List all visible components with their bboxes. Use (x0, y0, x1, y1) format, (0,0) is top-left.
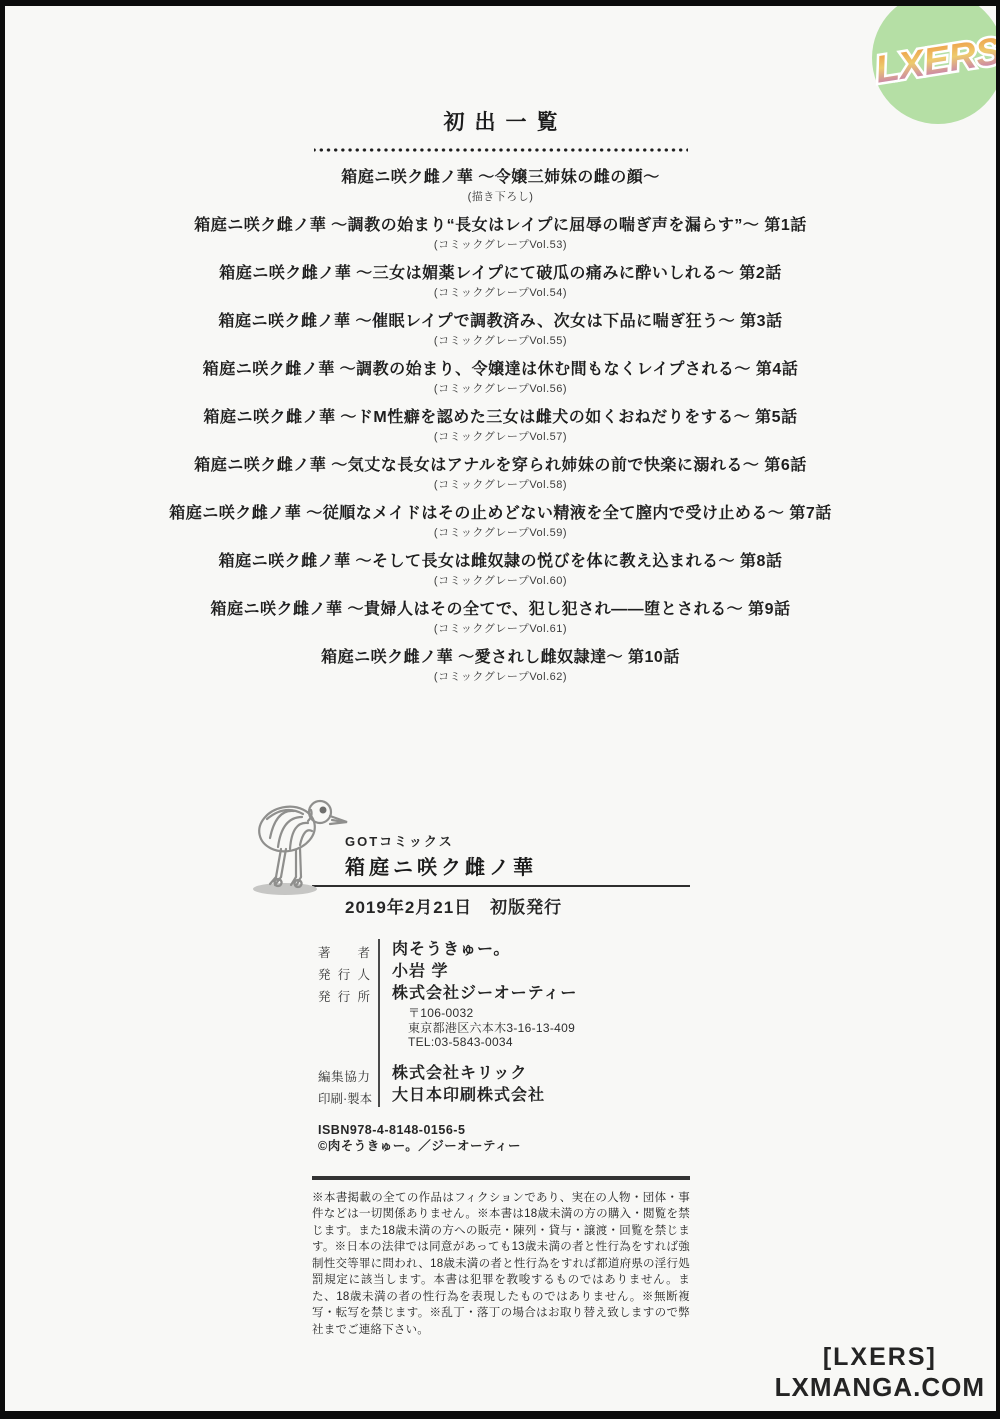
entry-title: 箱庭ニ咲ク雌ノ華 ～ドM性癖を認めた三女は雌犬の如くおねだりをする～ 第5話 (5, 408, 996, 428)
isbn-line: ISBN978-4-8148-0156-5 (318, 1123, 690, 1138)
credit-value: 小岩 学 (392, 961, 690, 983)
credit-label: 発行人 (318, 961, 370, 983)
credits-table: 著者 肉そうきゅー。 発行人 小岩 学 発行所 株式会社ジーオーティー 〒106… (318, 939, 690, 1107)
watermark-line1: [LXERS] (775, 1343, 985, 1372)
site-watermark: [LXERS] LXMANGA.COM (775, 1343, 985, 1403)
credit-label: 編集協力 (318, 1063, 370, 1085)
entry-source: (コミックグレープVol.54) (5, 286, 996, 301)
postal-code: 〒106-0032 (408, 1006, 690, 1021)
entry-source: (コミックグレープVol.58) (5, 478, 996, 493)
publication-entry: 箱庭ニ咲ク雌ノ華 ～三女は媚薬レイプにて破瓜の痛みに酔いしれる～ 第2話 (コミ… (5, 264, 996, 301)
credit-label: 印刷·製本 (318, 1085, 370, 1107)
title-underline (312, 885, 690, 887)
credit-value: 大日本印刷株式会社 (392, 1085, 690, 1107)
publication-entry: 箱庭ニ咲ク雌ノ華 ～愛されし雌奴隷達～ 第10話 (コミックグレープVol.62… (5, 648, 996, 685)
bird-doodle-icon (245, 789, 353, 906)
credit-row-printing: 印刷·製本 大日本印刷株式会社 (318, 1085, 690, 1107)
first-publication-heading: 初出一覧 (5, 106, 996, 136)
scanned-page: LXERS 初出一覧 箱庭ニ咲ク雌ノ華 ～令嬢三姉妹の雌の顔～ (描き下ろし) … (5, 6, 996, 1411)
imprint-label: GOTコミックス (345, 834, 690, 850)
credit-value: 株式会社ジーオーティー (392, 983, 690, 1005)
entry-title: 箱庭ニ咲ク雌ノ華 ～調教の始まり、令嬢達は休む間もなくレイプされる～ 第4話 (5, 360, 996, 380)
copyright-line: ©肉そうきゅー。／ジーオーティー (318, 1139, 690, 1154)
credit-value: 株式会社キリック (392, 1063, 690, 1085)
publication-entry: 箱庭ニ咲ク雌ノ華 ～貴婦人はその全てで、犯し犯され――堕とされる～ 第9話 (コ… (5, 600, 996, 637)
entry-title: 箱庭ニ咲ク雌ノ華 ～催眠レイプで調教済み、次女は下品に喘ぎ狂う～ 第3話 (5, 312, 996, 332)
entry-source: (コミックグレープVol.59) (5, 526, 996, 541)
credit-row-publisher-person: 発行人 小岩 学 (318, 961, 690, 983)
credit-row-author: 著者 肉そうきゅー。 (318, 939, 690, 961)
entry-title: 箱庭ニ咲ク雌ノ華 ～貴婦人はその全てで、犯し犯され――堕とされる～ 第9話 (5, 600, 996, 620)
watermark-line2: LXMANGA.COM (775, 1372, 985, 1403)
publication-entry: 箱庭ニ咲ク雌ノ華 ～調教の始まり“長女はレイプに屈辱の喘ぎ声を漏らす”～ 第1話… (5, 216, 996, 253)
entry-title: 箱庭ニ咲ク雌ノ華 ～そして長女は雌奴隷の悦びを体に教え込まれる～ 第8話 (5, 552, 996, 572)
credit-row-publisher-company: 発行所 株式会社ジーオーティー 〒106-0032 東京都港区六本木3-16-1… (318, 983, 690, 1063)
publication-entry: 箱庭ニ咲ク雌ノ華 ～ドM性癖を認めた三女は雌犬の如くおねだりをする～ 第5話 (… (5, 408, 996, 445)
publisher-address: 〒106-0032 東京都港区六本木3-16-13-409 TEL:03-584… (408, 1006, 690, 1063)
entry-source: (コミックグレープVol.62) (5, 670, 996, 685)
disclaimer-divider (312, 1176, 690, 1180)
publication-entry: 箱庭ニ咲ク雌ノ華 ～気丈な長女はアナルを穿られ姉妹の前で快楽に溺れる～ 第6話 … (5, 456, 996, 493)
publication-entry: 箱庭ニ咲ク雌ノ華 ～従順なメイドはその止めどない精液を全て膣内で受け止める～ 第… (5, 504, 996, 541)
credit-value: 肉そうきゅー。 (392, 939, 690, 961)
edition-date: 2019年2月21日 初版発行 (345, 897, 690, 919)
dotted-divider (314, 148, 688, 152)
credit-row-editing: 編集協力 株式会社キリック (318, 1063, 690, 1085)
entry-source: (コミックグレープVol.56) (5, 382, 996, 397)
book-title: 箱庭ニ咲ク雌ノ華 (345, 856, 690, 880)
first-publication-list: 初出一覧 箱庭ニ咲ク雌ノ華 ～令嬢三姉妹の雌の顔～ (描き下ろし) 箱庭ニ咲ク雌… (5, 6, 996, 685)
entry-title: 箱庭ニ咲ク雌ノ華 ～調教の始まり“長女はレイプに屈辱の喘ぎ声を漏らす”～ 第1話 (5, 216, 996, 236)
entry-source: (コミックグレープVol.60) (5, 574, 996, 589)
entry-source: (コミックグレープVol.57) (5, 430, 996, 445)
entry-source: (コミックグレープVol.61) (5, 622, 996, 637)
entry-title: 箱庭ニ咲ク雌ノ華 ～愛されし雌奴隷達～ 第10話 (5, 648, 996, 668)
entry-title: 箱庭ニ咲ク雌ノ華 ～従順なメイドはその止めどない精液を全て膣内で受け止める～ 第… (5, 504, 996, 524)
disclaimer-text: ※本書掲載の全ての作品はフィクションであり、実在の人物・団体・事件などは一切関係… (312, 1190, 690, 1339)
publication-entry: 箱庭ニ咲ク雌ノ華 ～そして長女は雌奴隷の悦びを体に教え込まれる～ 第8話 (コミ… (5, 552, 996, 589)
entry-title: 箱庭ニ咲ク雌ノ華 ～気丈な長女はアナルを穿られ姉妹の前で快楽に溺れる～ 第6話 (5, 456, 996, 476)
entry-source: (コミックグレープVol.55) (5, 334, 996, 349)
lxers-badge-graphic: LXERS (860, 6, 996, 142)
credit-label: 著者 (318, 939, 370, 961)
colophon: GOTコミックス 箱庭ニ咲ク雌ノ華 2019年2月21日 初版発行 著者 肉そう… (312, 834, 690, 1338)
publication-entry: 箱庭ニ咲ク雌ノ華 ～令嬢三姉妹の雌の顔～ (描き下ろし) (5, 168, 996, 205)
entry-title: 箱庭ニ咲ク雌ノ華 ～令嬢三姉妹の雌の顔～ (5, 168, 996, 188)
entry-source: (描き下ろし) (5, 190, 996, 205)
lxers-badge: LXERS (860, 6, 996, 142)
credit-label: 発行所 (318, 983, 370, 1005)
entry-title: 箱庭ニ咲ク雌ノ華 ～三女は媚薬レイプにて破瓜の痛みに酔いしれる～ 第2話 (5, 264, 996, 284)
publication-entry: 箱庭ニ咲ク雌ノ華 ～調教の始まり、令嬢達は休む間もなくレイプされる～ 第4話 (… (5, 360, 996, 397)
publication-entry: 箱庭ニ咲ク雌ノ華 ～催眠レイプで調教済み、次女は下品に喘ぎ狂う～ 第3話 (コミ… (5, 312, 996, 349)
entry-source: (コミックグレープVol.53) (5, 238, 996, 253)
phone-line: TEL:03-5843-0034 (408, 1035, 690, 1050)
address-line: 東京都港区六本木3-16-13-409 (408, 1021, 690, 1036)
